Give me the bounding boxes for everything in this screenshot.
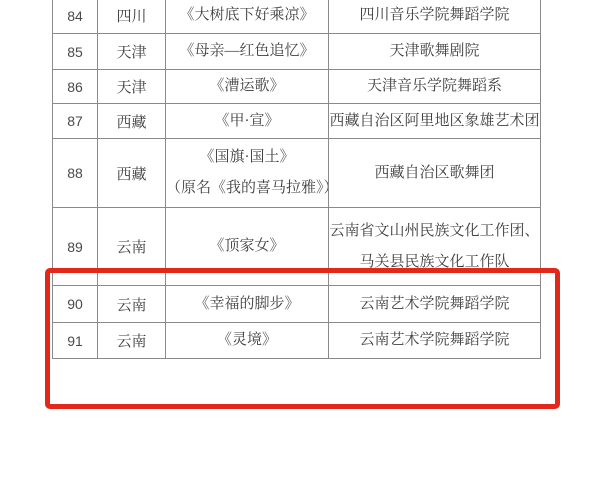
cell-entry-number: 87 [53, 104, 98, 139]
cell-entry-number: 85 [53, 34, 98, 70]
cell-province: 云南 [98, 323, 166, 359]
cell-organization: 云南艺术学院舞蹈学院 [329, 323, 541, 359]
cell-province: 云南 [98, 208, 166, 286]
cell-work-title: 《灵境》 [166, 323, 329, 359]
cell-province: 西藏 [98, 104, 166, 139]
cell-organization: 云南省文山州民族文化工作团、马关县民族文化工作队 [329, 208, 541, 286]
cell-entry-number: 89 [53, 208, 98, 286]
table-row: 89 云南 《顶家女》 云南省文山州民族文化工作团、马关县民族文化工作队 [53, 208, 541, 286]
table-row: 88 西藏 《国旗·国土》（原名《我的喜马拉雅》） 西藏自治区歌舞团 [53, 139, 541, 208]
cell-entry-number: 86 [53, 70, 98, 104]
table-row: 91 云南 《灵境》 云南艺术学院舞蹈学院 [53, 323, 541, 359]
table-row: 87 西藏 《甲·宣》 西藏自治区阿里地区象雄艺术团 [53, 104, 541, 139]
cell-work-title: 《顶家女》 [166, 208, 329, 286]
cell-organization: 四川音乐学院舞蹈学院 [329, 0, 541, 34]
cell-entry-number: 90 [53, 286, 98, 323]
cell-province: 西藏 [98, 139, 166, 208]
cell-organization: 天津歌舞剧院 [329, 34, 541, 70]
document-page: 84 四川 《大树底下好乘凉》 四川音乐学院舞蹈学院 85 天津 《母亲—红色追… [0, 0, 595, 500]
cell-work-title: 《甲·宣》 [166, 104, 329, 139]
cell-entry-number: 84 [53, 0, 98, 34]
cell-province: 天津 [98, 34, 166, 70]
cell-province: 天津 [98, 70, 166, 104]
cell-work-title: 《大树底下好乘凉》 [166, 0, 329, 34]
cell-work-title: 《漕运歌》 [166, 70, 329, 104]
table-row: 86 天津 《漕运歌》 天津音乐学院舞蹈系 [53, 70, 541, 104]
table-body: 84 四川 《大树底下好乘凉》 四川音乐学院舞蹈学院 85 天津 《母亲—红色追… [53, 0, 541, 359]
cell-province: 云南 [98, 286, 166, 323]
table-row: 90 云南 《幸福的脚步》 云南艺术学院舞蹈学院 [53, 286, 541, 323]
cell-entry-number: 91 [53, 323, 98, 359]
cell-organization: 西藏自治区阿里地区象雄艺术团 [329, 104, 541, 139]
cell-work-title: 《国旗·国土》（原名《我的喜马拉雅》） [166, 139, 329, 208]
cell-entry-number: 88 [53, 139, 98, 208]
results-table: 84 四川 《大树底下好乘凉》 四川音乐学院舞蹈学院 85 天津 《母亲—红色追… [52, 0, 541, 359]
cell-work-title: 《幸福的脚步》 [166, 286, 329, 323]
cell-work-title: 《母亲—红色追忆》 [166, 34, 329, 70]
table-grid: 84 四川 《大树底下好乘凉》 四川音乐学院舞蹈学院 85 天津 《母亲—红色追… [52, 0, 541, 359]
cell-organization: 云南艺术学院舞蹈学院 [329, 286, 541, 323]
table-row: 85 天津 《母亲—红色追忆》 天津歌舞剧院 [53, 34, 541, 70]
cell-organization: 天津音乐学院舞蹈系 [329, 70, 541, 104]
table-row: 84 四川 《大树底下好乘凉》 四川音乐学院舞蹈学院 [53, 0, 541, 34]
cell-province: 四川 [98, 0, 166, 34]
cell-organization: 西藏自治区歌舞团 [329, 139, 541, 208]
